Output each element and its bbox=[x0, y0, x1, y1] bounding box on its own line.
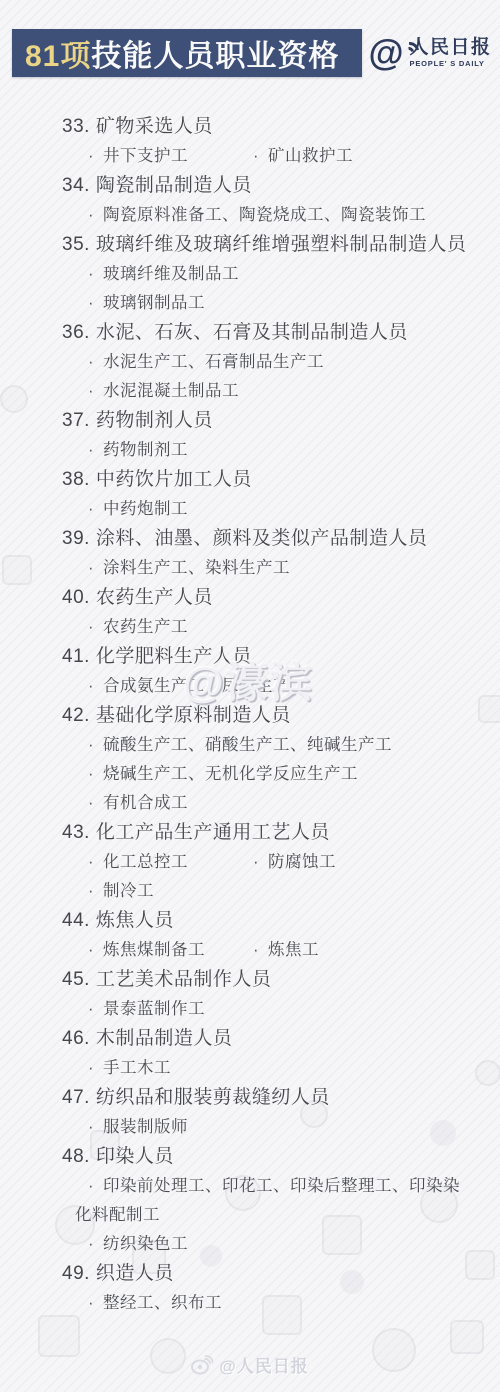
item-number: 41. bbox=[62, 646, 90, 667]
sub-occupation-row: ·制冷工 bbox=[62, 877, 460, 906]
item-number: 40. bbox=[62, 587, 90, 608]
list-item: 40.农药生产人员·农药生产工 bbox=[62, 583, 460, 642]
sub-occupation: ·矿山救护工 bbox=[240, 142, 353, 171]
sub-occupation-row: ·玻璃钢制品工 bbox=[62, 289, 460, 318]
item-title-text: 矿物采选人员 bbox=[96, 116, 213, 137]
sub-occupation-row: ·整经工、织布工 bbox=[62, 1289, 460, 1318]
item-title: 35.玻璃纤维及玻璃纤维增强塑料制品制造人员 bbox=[62, 230, 460, 260]
list-item: 43.化工产品生产通用工艺人员·化工总控工·防腐蚀工·制冷工 bbox=[62, 818, 460, 906]
bullet-dot: · bbox=[88, 882, 94, 900]
bullet-dot: · bbox=[253, 147, 259, 165]
sub-occupation: ·手工木工 bbox=[75, 1054, 171, 1083]
list-item: 47.纺织品和服装剪裁缝纫人员·服装制版师 bbox=[62, 1083, 460, 1142]
background-icon bbox=[478, 695, 500, 723]
item-title: 43.化工产品生产通用工艺人员 bbox=[62, 818, 460, 848]
item-title: 49.织造人员 bbox=[62, 1259, 460, 1289]
infographic-page: 81项技能人员职业资格 @ 人民日报 PEOPLE' S DAILY 33.矿物… bbox=[0, 0, 500, 1392]
item-title: 39.涂料、油墨、颜料及类似产品制造人员 bbox=[62, 524, 460, 554]
list-item: 49.织造人员·整经工、织布工 bbox=[62, 1259, 460, 1318]
item-title: 48.印染人员 bbox=[62, 1142, 460, 1172]
sub-occupation-row: ·有机合成工 bbox=[62, 789, 460, 818]
background-icon bbox=[0, 385, 28, 413]
sub-occupation-row: ·药物制剂工 bbox=[62, 436, 460, 465]
sub-occupation: ·有机合成工 bbox=[75, 789, 188, 818]
list-item: 39.涂料、油墨、颜料及类似产品制造人员·涂料生产工、染料生产工 bbox=[62, 524, 460, 583]
sub-occupation: ·水泥生产工、石膏制品生产工 bbox=[75, 348, 324, 377]
sub-occupation: ·印染前处理工、印花工、印染后整理工、印染染化料配制工 bbox=[75, 1172, 473, 1230]
item-title: 38.中药饮片加工人员 bbox=[62, 465, 460, 495]
item-title: 44.炼焦人员 bbox=[62, 906, 460, 936]
list-item: 33.矿物采选人员·井下支护工·矿山救护工 bbox=[62, 112, 460, 171]
sub-occupation: ·防腐蚀工 bbox=[240, 848, 336, 877]
item-title: 37.药物制剂人员 bbox=[62, 406, 460, 436]
background-icon bbox=[475, 1060, 500, 1086]
item-title-text: 药物制剂人员 bbox=[96, 410, 213, 431]
bullet-dot: · bbox=[88, 441, 94, 459]
sub-occupation-row: ·服装制版师 bbox=[62, 1113, 460, 1142]
bullet-dot: · bbox=[88, 147, 94, 165]
item-number: 42. bbox=[62, 705, 90, 726]
footer-watermark: @人民日报 bbox=[0, 1352, 500, 1377]
item-title-text: 中药饮片加工人员 bbox=[96, 469, 252, 490]
bullet-dot: · bbox=[253, 941, 259, 959]
item-number: 38. bbox=[62, 469, 90, 490]
item-title: 40.农药生产人员 bbox=[62, 583, 460, 613]
bullet-dot: · bbox=[88, 559, 94, 577]
sub-occupation: ·炼焦煤制备工 bbox=[75, 936, 240, 965]
background-icon bbox=[465, 1250, 495, 1280]
bullet-dot: · bbox=[88, 794, 94, 812]
list-item: 36.水泥、石灰、石膏及其制品制造人员·水泥生产工、石膏制品生产工·水泥混凝土制… bbox=[62, 318, 460, 406]
item-number: 39. bbox=[62, 528, 90, 549]
item-title-text: 纺织品和服装剪裁缝纫人员 bbox=[96, 1087, 330, 1108]
sub-occupation-row: ·水泥混凝土制品工 bbox=[62, 377, 460, 406]
item-title: 33.矿物采选人员 bbox=[62, 112, 460, 142]
item-title-text: 农药生产人员 bbox=[96, 587, 213, 608]
sub-occupation: ·涂料生产工、染料生产工 bbox=[75, 554, 290, 583]
list-item: 35.玻璃纤维及玻璃纤维增强塑料制品制造人员·玻璃纤维及制品工·玻璃钢制品工 bbox=[62, 230, 460, 318]
bullet-dot: · bbox=[88, 353, 94, 371]
bullet-dot: · bbox=[88, 294, 94, 312]
sub-occupation: ·整经工、织布工 bbox=[75, 1289, 222, 1318]
item-number: 45. bbox=[62, 969, 90, 990]
list-item: 45.工艺美术品制作人员·景泰蓝制作工 bbox=[62, 965, 460, 1024]
item-number: 44. bbox=[62, 910, 90, 931]
sub-occupation-row: ·纺织染色工 bbox=[62, 1230, 460, 1259]
people-daily-logo: @ 人民日报 PEOPLE' S DAILY bbox=[362, 29, 492, 77]
bullet-dot: · bbox=[88, 1000, 94, 1018]
item-title-text: 玻璃纤维及玻璃纤维增强塑料制品制造人员 bbox=[96, 234, 467, 255]
sub-occupation-row: ·涂料生产工、染料生产工 bbox=[62, 554, 460, 583]
sub-occupation-row: ·化工总控工·防腐蚀工 bbox=[62, 848, 460, 877]
item-number: 49. bbox=[62, 1263, 90, 1284]
bullet-dot: · bbox=[253, 853, 259, 871]
item-number: 34. bbox=[62, 175, 90, 196]
sub-occupation-row: ·炼焦煤制备工·炼焦工 bbox=[62, 936, 460, 965]
background-icon bbox=[450, 1320, 484, 1354]
qualification-list: 33.矿物采选人员·井下支护工·矿山救护工34.陶瓷制品制造人员·陶瓷原料准备工… bbox=[62, 112, 460, 1318]
sub-occupation-row: ·硫酸生产工、硝酸生产工、纯碱生产工 bbox=[62, 731, 460, 760]
bullet-dot: · bbox=[88, 1177, 94, 1195]
sub-occupation: ·药物制剂工 bbox=[75, 436, 188, 465]
item-title-text: 炼焦人员 bbox=[96, 910, 174, 931]
sub-occupation: ·玻璃钢制品工 bbox=[75, 289, 205, 318]
item-title-text: 织造人员 bbox=[96, 1263, 174, 1284]
sub-occupation-row: ·水泥生产工、石膏制品生产工 bbox=[62, 348, 460, 377]
list-item: 37.药物制剂人员·药物制剂工 bbox=[62, 406, 460, 465]
item-number: 46. bbox=[62, 1028, 90, 1049]
header: 81项技能人员职业资格 @ 人民日报 PEOPLE' S DAILY bbox=[12, 29, 492, 77]
sub-occupation: ·玻璃纤维及制品工 bbox=[75, 260, 239, 289]
bullet-dot: · bbox=[88, 1118, 94, 1136]
sub-occupation: ·陶瓷原料准备工、陶瓷烧成工、陶瓷装饰工 bbox=[75, 201, 426, 230]
sub-occupation-row: ·中药炮制工 bbox=[62, 495, 460, 524]
sub-occupation-row: ·农药生产工 bbox=[62, 613, 460, 642]
bullet-dot: · bbox=[88, 1235, 94, 1253]
sub-occupation: ·水泥混凝土制品工 bbox=[75, 377, 239, 406]
sub-occupation-row: ·烧碱生产工、无机化学反应生产工 bbox=[62, 760, 460, 789]
weibo-icon bbox=[191, 1355, 213, 1375]
sub-occupation-row: ·陶瓷原料准备工、陶瓷烧成工、陶瓷装饰工 bbox=[62, 201, 460, 230]
banner-highlight-text: 81项 bbox=[25, 31, 91, 75]
sub-occupation: ·烧碱生产工、无机化学反应生产工 bbox=[75, 760, 358, 789]
sub-occupation-row: ·景泰蓝制作工 bbox=[62, 995, 460, 1024]
logo-chinese-name: 人民日报 bbox=[410, 38, 492, 58]
sub-occupation-row: ·玻璃纤维及制品工 bbox=[62, 260, 460, 289]
sub-occupation: ·化工总控工 bbox=[75, 848, 240, 877]
list-item: 46.木制品制造人员·手工木工 bbox=[62, 1024, 460, 1083]
sub-occupation-row: ·手工木工 bbox=[62, 1054, 460, 1083]
banner-title-text: 技能人员职业资格 bbox=[91, 31, 339, 75]
item-number: 43. bbox=[62, 822, 90, 843]
list-item: 48.印染人员·印染前处理工、印花工、印染后整理工、印染染化料配制工·纺织染色工 bbox=[62, 1142, 460, 1259]
sub-occupation: ·景泰蓝制作工 bbox=[75, 995, 205, 1024]
list-item: 38.中药饮片加工人员·中药炮制工 bbox=[62, 465, 460, 524]
bullet-dot: · bbox=[88, 677, 94, 695]
item-number: 35. bbox=[62, 234, 90, 255]
bullet-dot: · bbox=[88, 1059, 94, 1077]
mid-watermark: @濠滨 bbox=[183, 650, 314, 710]
footer-watermark-text: @人民日报 bbox=[219, 1352, 309, 1377]
list-item: 42.基础化学原料制造人员·硫酸生产工、硝酸生产工、纯碱生产工·烧碱生产工、无机… bbox=[62, 701, 460, 818]
item-title: 36.水泥、石灰、石膏及其制品制造人员 bbox=[62, 318, 460, 348]
background-icon bbox=[2, 555, 32, 585]
bullet-dot: · bbox=[88, 765, 94, 783]
item-title-text: 印染人员 bbox=[96, 1146, 174, 1167]
background-icon bbox=[38, 1315, 80, 1357]
item-title-text: 工艺美术品制作人员 bbox=[96, 969, 272, 990]
bullet-dot: · bbox=[88, 736, 94, 754]
list-item: 34.陶瓷制品制造人员·陶瓷原料准备工、陶瓷烧成工、陶瓷装饰工 bbox=[62, 171, 460, 230]
sub-occupation: ·井下支护工 bbox=[75, 142, 240, 171]
bullet-dot: · bbox=[88, 206, 94, 224]
sub-occupation: ·农药生产工 bbox=[75, 613, 188, 642]
bullet-dot: · bbox=[88, 500, 94, 518]
bullet-dot: · bbox=[88, 618, 94, 636]
sub-occupation-row: ·印染前处理工、印花工、印染后整理工、印染染化料配制工 bbox=[62, 1172, 460, 1230]
item-title-text: 陶瓷制品制造人员 bbox=[96, 175, 252, 196]
item-title-text: 化工产品生产通用工艺人员 bbox=[96, 822, 330, 843]
sub-occupation: ·制冷工 bbox=[75, 877, 154, 906]
item-number: 47. bbox=[62, 1087, 90, 1108]
item-title: 34.陶瓷制品制造人员 bbox=[62, 171, 460, 201]
sub-occupation-row: ·井下支护工·矿山救护工 bbox=[62, 142, 460, 171]
sub-occupation: ·炼焦工 bbox=[240, 936, 319, 965]
list-item: 44.炼焦人员·炼焦煤制备工·炼焦工 bbox=[62, 906, 460, 965]
bullet-dot: · bbox=[88, 1294, 94, 1312]
item-title-text: 涂料、油墨、颜料及类似产品制造人员 bbox=[96, 528, 428, 549]
sub-occupation: ·硫酸生产工、硝酸生产工、纯碱生产工 bbox=[75, 731, 392, 760]
item-title-text: 水泥、石灰、石膏及其制品制造人员 bbox=[96, 322, 408, 343]
bullet-dot: · bbox=[88, 941, 94, 959]
item-number: 48. bbox=[62, 1146, 90, 1167]
sub-occupation: ·服装制版师 bbox=[75, 1113, 188, 1142]
item-title-text: 木制品制造人员 bbox=[96, 1028, 233, 1049]
item-number: 37. bbox=[62, 410, 90, 431]
sub-occupation: ·纺织染色工 bbox=[75, 1230, 188, 1259]
logo-english-name: PEOPLE' S DAILY bbox=[410, 60, 492, 68]
item-number: 36. bbox=[62, 322, 90, 343]
at-icon: @ bbox=[368, 35, 403, 71]
item-title: 46.木制品制造人员 bbox=[62, 1024, 460, 1054]
item-number: 33. bbox=[62, 116, 90, 137]
sub-occupation: ·中药炮制工 bbox=[75, 495, 188, 524]
item-title: 45.工艺美术品制作人员 bbox=[62, 965, 460, 995]
bullet-dot: · bbox=[88, 853, 94, 871]
bullet-dot: · bbox=[88, 265, 94, 283]
title-banner: 81项技能人员职业资格 bbox=[12, 29, 362, 77]
bullet-dot: · bbox=[88, 382, 94, 400]
item-title: 47.纺织品和服装剪裁缝纫人员 bbox=[62, 1083, 460, 1113]
